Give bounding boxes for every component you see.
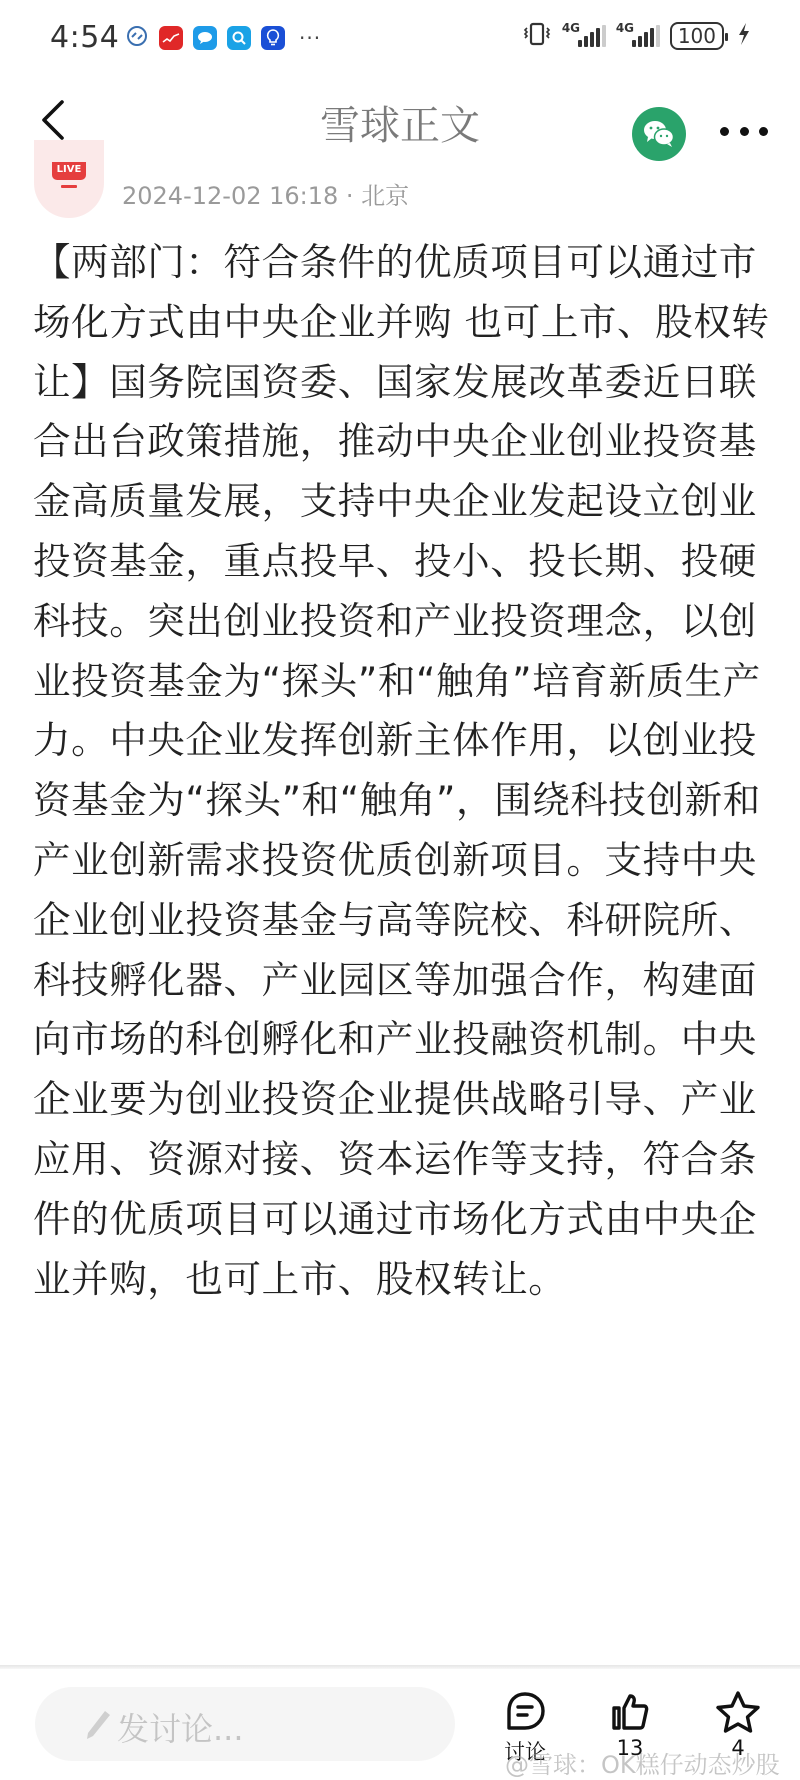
sync-icon	[125, 24, 149, 52]
message-app-icon	[193, 26, 217, 50]
star-icon	[715, 1690, 761, 1734]
system-indicators: 4G 4G 100	[522, 22, 750, 50]
live-tv-icon: LIVE	[52, 162, 86, 180]
more-button[interactable]	[720, 116, 768, 146]
wechat-share-button[interactable]	[632, 107, 686, 161]
favorite-count: 4	[703, 1736, 773, 1760]
comment-input[interactable]: 发讨论...	[35, 1687, 455, 1761]
pencil-icon	[83, 1709, 113, 1741]
discuss-button[interactable]: 讨论	[490, 1690, 560, 1766]
comment-bubble-icon	[503, 1690, 547, 1734]
signal-1-icon: 4G	[562, 25, 606, 47]
wechat-icon	[642, 119, 676, 149]
discuss-label: 讨论	[490, 1736, 560, 1766]
status-time: 4:54	[50, 20, 119, 55]
like-button[interactable]: 13	[595, 1690, 665, 1760]
post-timestamp-location: 2024-12-02 16:18 · 北京	[122, 176, 409, 211]
thumbs-up-icon	[608, 1690, 652, 1734]
more-notifications-icon: ···	[299, 26, 321, 50]
notification-icons: ···	[125, 24, 321, 52]
search-app-icon	[227, 26, 251, 50]
signal-2-icon: 4G	[616, 25, 660, 47]
stock-app-icon	[159, 26, 183, 50]
vibrate-icon	[522, 22, 552, 50]
post-body: 【两部门：符合条件的优质项目可以通过市场化方式由中央企业并购 也可上市、股权转让…	[33, 233, 773, 1309]
favorite-button[interactable]: 4	[703, 1690, 773, 1760]
lightbulb-app-icon	[261, 26, 285, 50]
status-bar: 4:54 ··· 4G 4G 100	[0, 0, 800, 80]
more-horizontal-icon	[720, 127, 729, 136]
comment-placeholder: 发讨论...	[117, 1704, 244, 1750]
battery-indicator: 100	[670, 22, 724, 50]
charging-icon	[738, 23, 750, 50]
author-avatar[interactable]: LIVE	[32, 140, 104, 222]
like-count: 13	[595, 1736, 665, 1760]
bottom-divider	[0, 1665, 800, 1669]
